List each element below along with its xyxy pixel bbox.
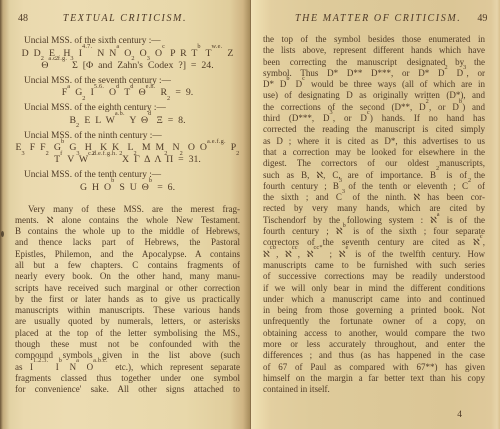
sigla-line: E3 F F2 Gb G3 H2 K K2 L2 M M2 N2 O Oa.e.… [15, 142, 240, 154]
text-line: fragments classed thus together under on… [15, 373, 240, 384]
text-line: unfrequently the fortunate owner of a co… [263, 316, 485, 327]
book-scan: 48 TEXTUAL CRITICISM. Uncial MSS. of the… [0, 0, 500, 429]
running-head-right: THE MATTER OF CRITICISM. [295, 13, 461, 24]
text-line: the sixth ; and C3 of the ninth. ℵ has b… [263, 192, 485, 203]
text-line: that a correction may be looked for else… [263, 147, 485, 158]
text-line: all but a few chapters. C contains fragm… [15, 260, 240, 271]
text-line: himself on the margin a far better text … [263, 373, 485, 384]
page-number-right: 49 [461, 13, 487, 24]
text-line: rected by very many hands, which are cit… [263, 203, 485, 214]
text-line: and thence lacks part of Hebrews, the Pa… [15, 237, 240, 248]
text-line: B contains the whole up to the middle of… [15, 226, 240, 237]
text-line: manuscripts within manuscripts. These va… [15, 305, 240, 316]
text-line: Very many of these MSS. are the merest f… [15, 204, 240, 215]
text-line: of successive corrections may be readily… [263, 271, 485, 282]
text-line: obtaining access to another, would compa… [263, 328, 485, 339]
text-line: compound symbols given in the list above… [15, 350, 240, 361]
text-line: of 67 of Paul as compared with 67**) has… [263, 362, 485, 373]
text-line: nearly every book. On the other hand, ma… [15, 271, 240, 282]
uncial-century-heading: Uncial MSS. of the seventh century :— [15, 75, 240, 88]
text-line: digest. The correctors of our oldest man… [263, 158, 485, 169]
page-left: 48 TEXTUAL CRITICISM. Uncial MSS. of the… [0, 0, 250, 429]
text-line: symbol. Thus D* D** D***, or D* D2 D3, o… [263, 68, 485, 79]
text-line: ℵcb, ℵcc, ℵcc* ; ℵe is of the twelfth ce… [263, 249, 485, 260]
text-line: by the first or later hands as to give u… [15, 294, 240, 305]
page-left-body: Uncial MSS. of the sixth century :—D D2 … [0, 24, 250, 396]
sigla-line: Fa G2 I5.6. Od Td Θe.h. R2 = 9. [15, 87, 240, 99]
text-line: been correcting the manuscript designate… [263, 57, 485, 68]
uncial-century-heading: Uncial MSS. of the sixth century :— [15, 35, 240, 48]
text-line: corrected the reading the manuscript is … [263, 124, 485, 135]
text-line: in being from those governing a printed … [263, 305, 485, 316]
text-line: as D ; where it is cited as D*, this adv… [263, 136, 485, 147]
text-line: though these must not be confounded with… [15, 339, 240, 350]
sigla-line: B2 E L Wa.b. Y Θd Ξ = 8. [15, 115, 240, 127]
text-line: if we will only bear in mind the differe… [263, 283, 485, 294]
signature-mark: 4 [457, 410, 462, 420]
text-line: fourth century ; B3 of the tenth or elev… [263, 181, 485, 192]
page-left-header: 48 TEXTUAL CRITICISM. [0, 0, 250, 24]
text-line: Epistles, Philemon, and the Apocalypse. … [15, 249, 240, 260]
paper-speck [1, 231, 4, 237]
text-line: under which a manuscript came into and c… [263, 294, 485, 305]
text-line: such as B, ℵ, C, are of importance. B2 i… [263, 170, 485, 181]
text-line: the corrections of the second (D**, D2, … [263, 102, 485, 113]
text-line: the lists above, represent different han… [263, 45, 485, 56]
running-head-left: TEXTUAL CRITICISM. [44, 13, 206, 24]
uncial-century-heading: Uncial MSS. of the tenth century :— [15, 169, 240, 182]
text-line: are usually quoted by numerals, letters,… [15, 316, 240, 327]
sigla-line: G H Ob S U Θb = 6. [15, 182, 240, 194]
text-line: placed at the top of the letter symbolis… [15, 328, 240, 339]
page-right-body: the top of the symbol besides those enum… [251, 24, 500, 396]
text-line: ments. ℵ alone contains the whole New Te… [15, 215, 240, 226]
text-line: more or less accurately throughout, and … [263, 339, 485, 350]
uncial-century-heading: Uncial MSS. of the eighth century :— [15, 102, 240, 115]
sigla-line: Θa.c.f.g. Σ [Φ and Zahn's Codex ?] = 24. [15, 60, 240, 72]
text-line: D* Db Dc would be three ways (all of whi… [263, 79, 485, 90]
page-number-left: 48 [18, 13, 44, 24]
text-line: manuscripts came to be furnished with su… [263, 260, 485, 271]
text-line: third (D***, D3, or Dc) hands. If no han… [263, 113, 485, 124]
page-right-header: THE MATTER OF CRITICISM. 49 [251, 0, 500, 24]
text-line: for convenience' sake. All other signs a… [15, 384, 240, 395]
text-line: differences ; and thus (as has happened … [263, 350, 485, 361]
text-line: Tischendorf by the following system : ℵa… [263, 215, 485, 226]
text-line: fourth century ; ℵb is of the sixth ; fo… [263, 226, 485, 237]
text-line: contained in itself. [263, 384, 485, 395]
text-line: scripts have received such marginal or o… [15, 283, 240, 294]
text-line: as I1.2.3. Ib Na Oa.b.c. etc.), which re… [15, 362, 240, 373]
paragraph-left: Very many of these MSS. are the merest f… [15, 204, 240, 396]
text-line: the top of the symbol besides those enum… [263, 34, 485, 45]
text-line: use) of designating D as originally writ… [263, 90, 485, 101]
page-right: THE MATTER OF CRITICISM. 49 the top of t… [250, 0, 500, 429]
